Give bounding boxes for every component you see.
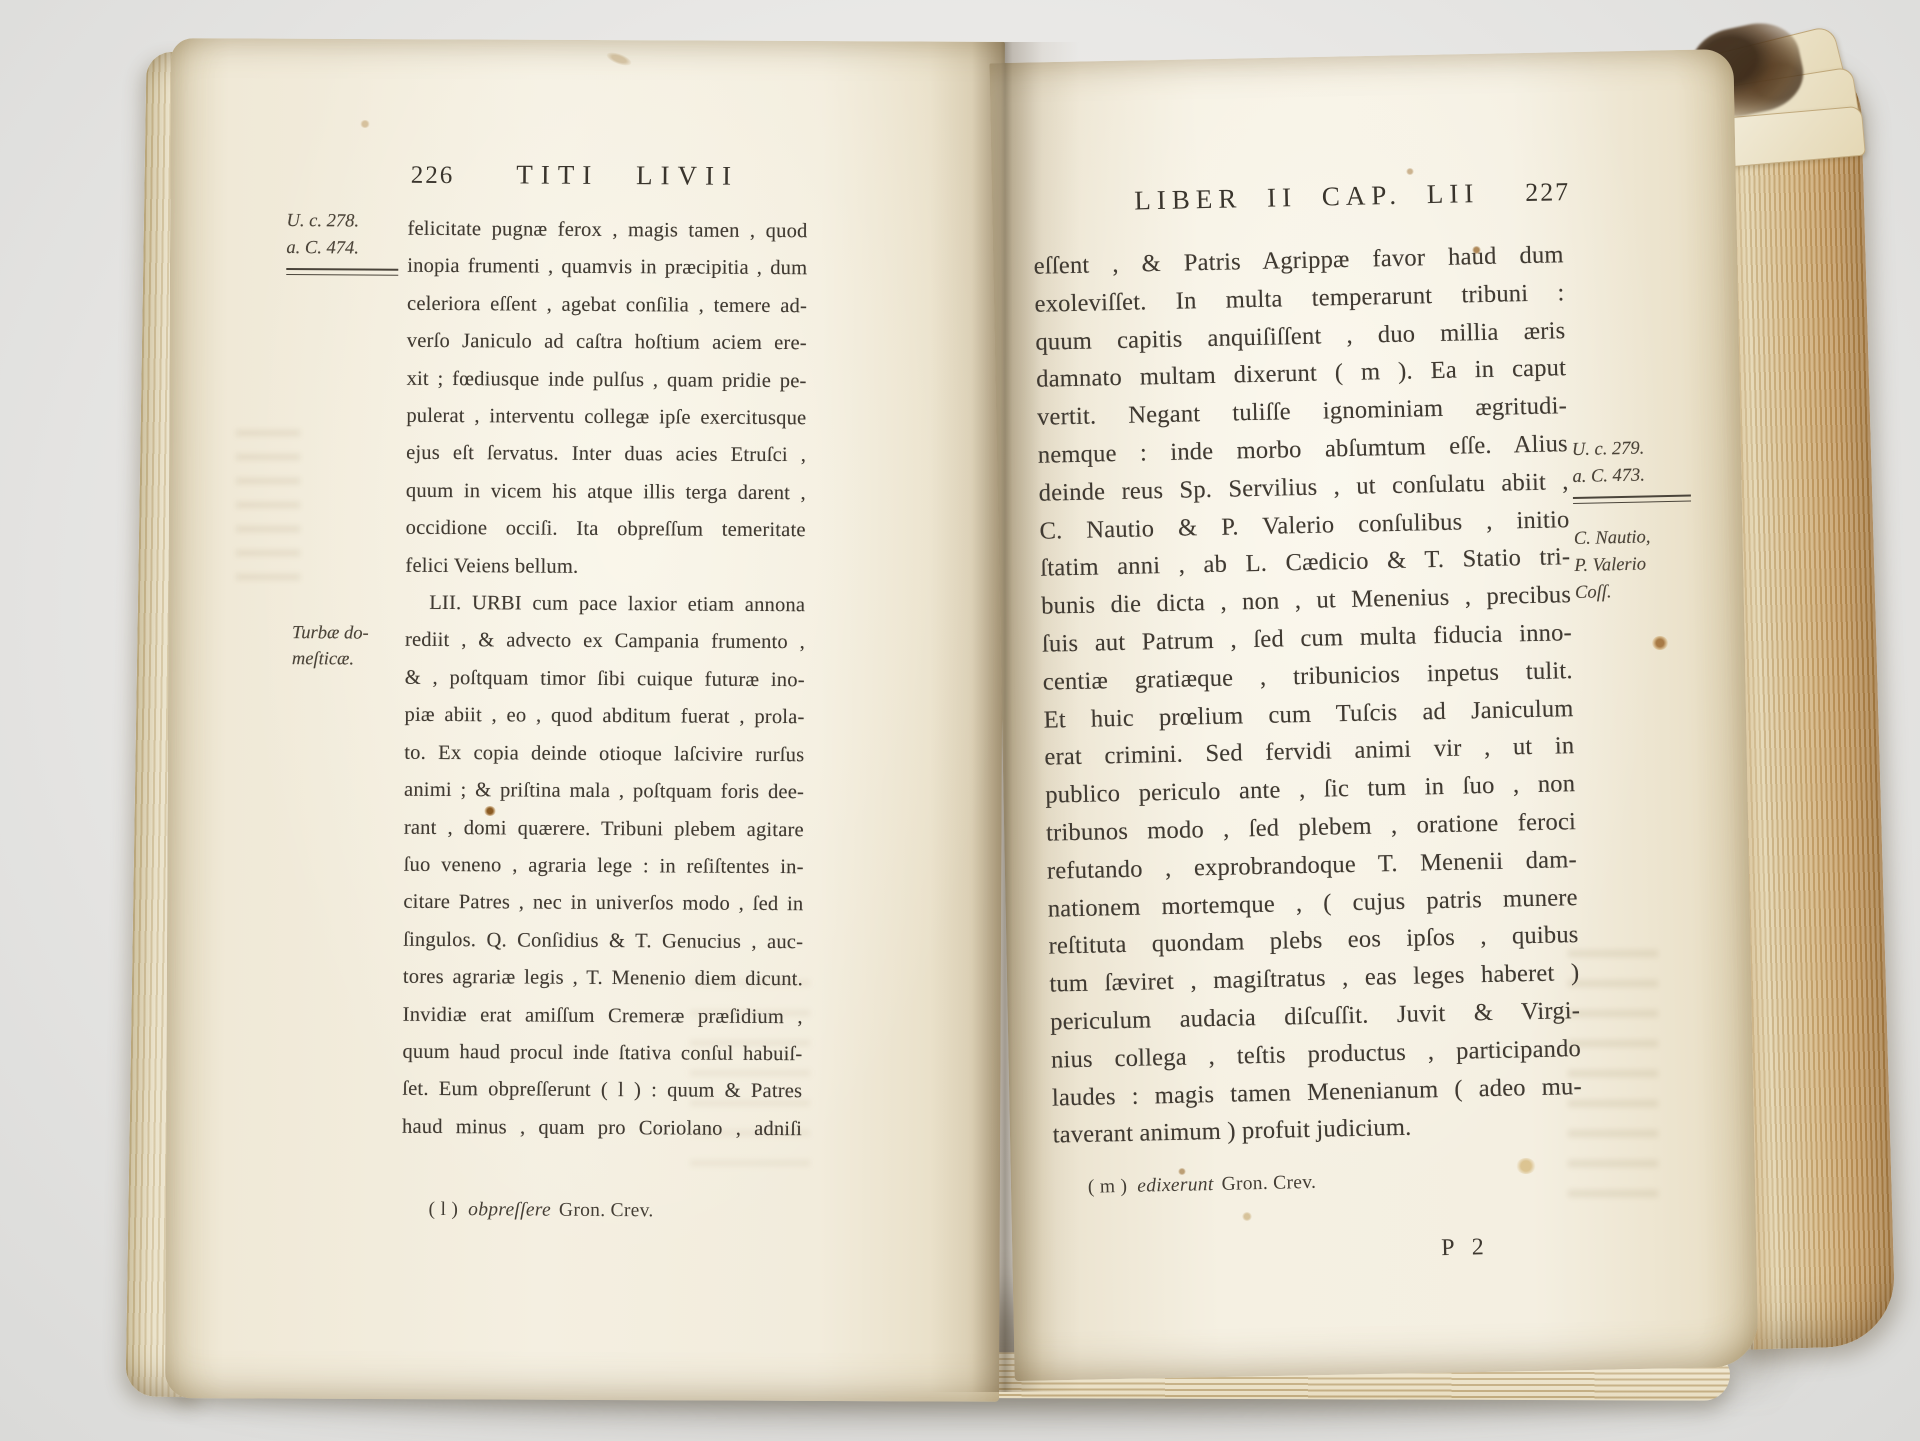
margin-note-line: U. c. 279. [1572, 434, 1691, 464]
footnote-marker: ( m ) [1088, 1176, 1128, 1198]
left-margin-topic-note: Turbæ do- meſticæ. [292, 620, 404, 673]
foxing-spot [360, 120, 370, 128]
body-line: citare Patres , nec in univerſos modo , … [403, 884, 803, 924]
body-line: celeriora eſſent , agebat conſilia , tem… [407, 286, 807, 326]
left-running-head: 226 TITI LIVII [411, 159, 739, 192]
margin-note-line: meſticæ. [292, 646, 404, 673]
margin-note-line: C. Nautio, [1574, 523, 1695, 553]
right-body-column: eſſent , & Patris Agrippæ favor haud dum… [1033, 236, 1583, 1154]
signature-mark: P 2 [1441, 1234, 1490, 1262]
left-page-number: 226 [411, 162, 455, 190]
body-line: verſo Janiculo ad caſtra hoſtium aciem e… [407, 323, 807, 363]
body-line: quum haud procul inde ſtativa conſul hab… [402, 1034, 802, 1074]
photo-of-open-book: 226 TITI LIVII U. c. 278. a. C. 474. Tur… [0, 0, 1920, 1441]
right-page-number: 227 [1525, 177, 1571, 208]
body-line: Invidiæ erat amiſſum Cremeræ præſidium , [403, 996, 803, 1036]
left-margin-date-note: U. c. 278. a. C. 474. [286, 208, 398, 276]
body-line: occidione occiſi. Ita obpreſſum temerita… [406, 510, 806, 550]
body-line: rediit , & advecto ex Campania frumento … [405, 622, 805, 662]
right-footnote: ( m )edixeruntGron. Crev. [1088, 1172, 1317, 1199]
body-line: ſet. Eum obpreſſerunt ( l ) : quum & Pat… [402, 1071, 802, 1111]
margin-note-line: a. C. 474. [286, 235, 398, 263]
body-line: haud minus , quam pro Coriolano , adniſi [402, 1108, 802, 1148]
footnote-lemma: obpreſſere [468, 1199, 551, 1221]
left-body-column: felicitate pugnæ ferox , magis tamen , q… [402, 211, 808, 1149]
left-running-title: TITI LIVII [516, 159, 739, 191]
left-footnote: ( l )obpreſſereGron. Crev. [428, 1199, 653, 1222]
body-line: to. Ex copia deinde otioque laſcivire ru… [404, 734, 804, 774]
right-margin-date-note: U. c. 279. a. C. 473. [1572, 434, 1691, 504]
body-line: felici Veiens bellum. [405, 547, 805, 587]
body-line: tores agrariæ legis , T. Menenio diem di… [403, 959, 803, 999]
footnote-source: Gron. Crev. [559, 1200, 654, 1222]
footnote-source: Gron. Crev. [1221, 1172, 1316, 1195]
margin-note-rule [286, 268, 398, 276]
margin-note-line: P. Valerio [1574, 550, 1695, 580]
right-running-title: LIBER II CAP. LII [1134, 178, 1480, 217]
right-page-text: LIBER II CAP. LII 227 U. c. 279. a. C. 4… [1022, 172, 1668, 1365]
body-line: ſingulos. Q. Conſidius & T. Genucius , a… [403, 921, 803, 961]
right-margin-consuls-note: C. Nautio, P. Valerio Coſſ. [1574, 523, 1696, 607]
body-line: ſuo veneno , agraria lege : in reſiſtent… [404, 847, 804, 887]
body-line: animi ; & priſtina mala , poſtquam foris… [404, 772, 804, 812]
body-line: xit ; fœdiusque inde pulſus , quam pridi… [406, 360, 806, 400]
right-running-head: LIBER II CAP. LII 227 [1134, 176, 1571, 217]
body-line: rant , domi quærere. Tribuni plebem agit… [404, 809, 804, 849]
margin-note-line: Turbæ do- [292, 620, 404, 647]
body-line: quum in vicem his atque illis terga dare… [406, 473, 806, 513]
foxing-spot [1652, 636, 1668, 650]
margin-note-line: a. C. 473. [1572, 461, 1691, 491]
body-line: LII. URBI cum pace laxior etiam annona [405, 585, 805, 625]
left-page-text: 226 TITI LIVII U. c. 278. a. C. 474. Tur… [276, 150, 843, 1333]
body-line: ejus eſt ſervatus. Inter duas acies Etru… [406, 435, 806, 475]
margin-note-line: Coſſ. [1575, 577, 1696, 607]
body-line: pulerat , interventu collegæ ipſe exerci… [406, 398, 806, 438]
body-line: felicitate pugnæ ferox , magis tamen , q… [407, 211, 807, 251]
margin-note-line: U. c. 278. [286, 208, 398, 236]
body-line: piæ abiit , eo , quod abditum fuerat , p… [404, 697, 804, 737]
footnote-marker: ( l ) [428, 1199, 458, 1220]
footnote-lemma: edixerunt [1137, 1174, 1214, 1197]
body-line: inopia frumenti , quamvis in præcipitia … [407, 248, 807, 288]
foxing-spot [1406, 168, 1414, 175]
body-line: & , poſtquam timor ſibi cuique futuræ in… [405, 660, 805, 700]
